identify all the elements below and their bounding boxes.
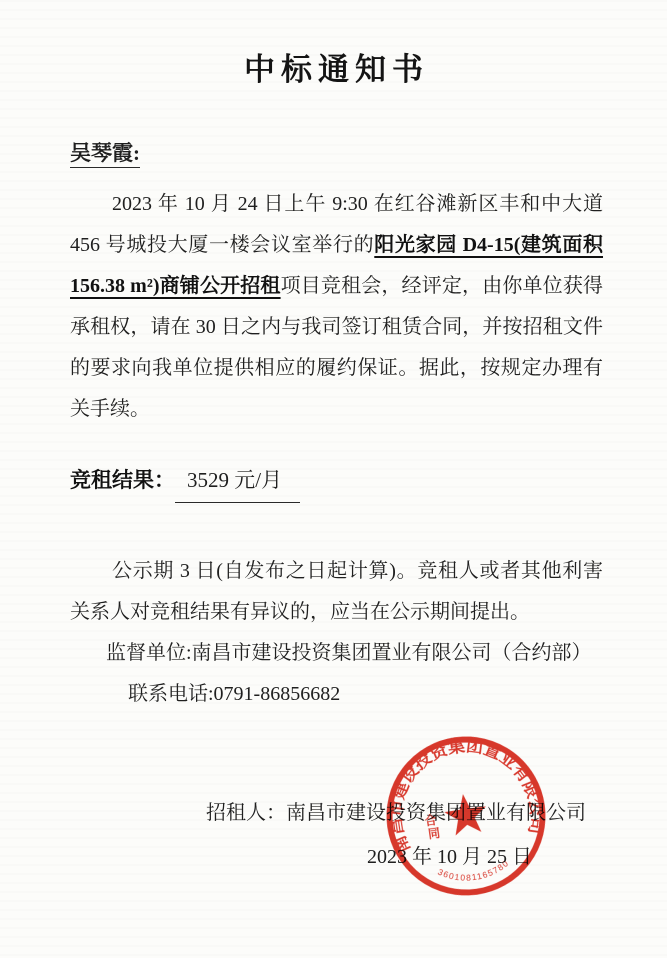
body-paragraph-1: 2023 年 10 月 24 日上午 9:30 在红谷滩新区丰和中大道 456 …	[70, 184, 603, 430]
publicity-period-paragraph: 公示期 3 日(自发布之日起计算)。竞租人或者其他利害关系人对竞租结果有异议的，…	[70, 551, 603, 633]
bid-result-label: 竞租结果：	[70, 468, 175, 492]
seal-star-icon	[442, 791, 489, 836]
lessor-label: 招租人：	[206, 802, 286, 824]
seal-side-label: 同	[427, 826, 441, 842]
bid-result-value: 3529 元/月	[175, 460, 300, 503]
document-title: 中标通知书	[70, 50, 603, 90]
addressee-name: 吴琴霞:	[70, 141, 140, 168]
seal-company-arc-text: 南昌市建设投资集团置业有限公司	[375, 725, 549, 857]
seal-graphic: 南昌市建设投资集团置业有限公司 3601081165780 合 同	[370, 720, 562, 912]
bid-result-row: 竞租结果：3529 元/月	[70, 460, 603, 503]
contact-phone-line: 联系电话:0791-86856682	[70, 674, 603, 715]
supervisor-line: 监督单位:南昌市建设投资集团置业有限公司（合约部）	[70, 633, 603, 674]
addressee-line: 吴琴霞:	[70, 138, 603, 168]
award-notice-page: 中标通知书 吴琴霞: 2023 年 10 月 24 日上午 9:30 在红谷滩新…	[0, 0, 667, 958]
company-seal: 南昌市建设投资集团置业有限公司 3601081165780 合 同	[370, 720, 562, 912]
svg-text:南昌市建设投资集团置业有限公司: 南昌市建设投资集团置业有限公司	[375, 725, 549, 857]
